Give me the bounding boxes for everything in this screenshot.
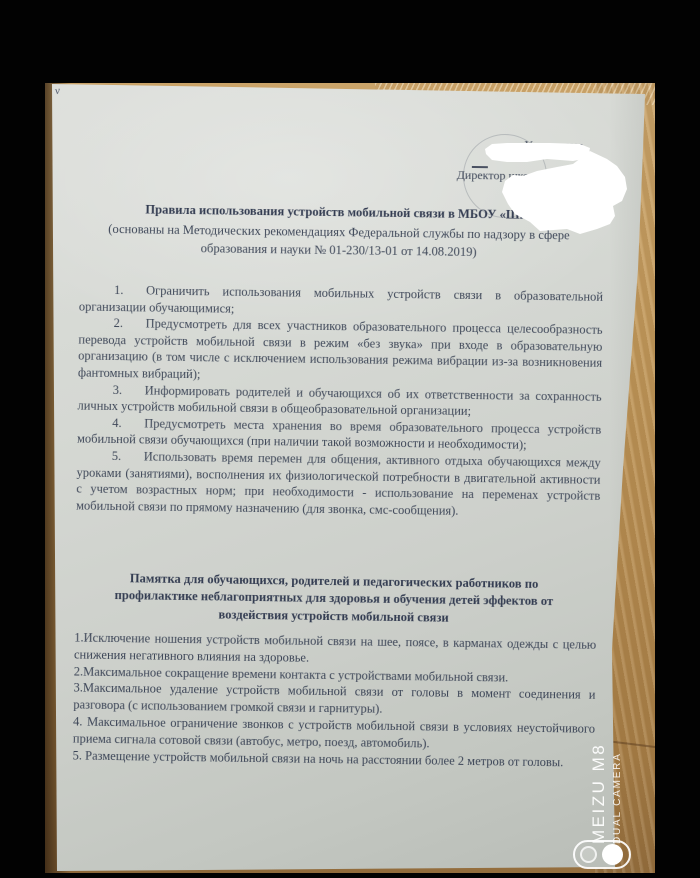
rule-item: 2.Предусмотреть для всех участников обра… [78, 315, 603, 389]
document-text-layer: Утверждаю Директор школы Правила использ… [45, 83, 655, 873]
rule-item: 5.Использовать время перемен для общения… [76, 447, 601, 521]
memo-title-block: Памятка для обучающихся, родителей и пед… [67, 569, 600, 629]
rules-list: 1.Ограничить использования мобильных уст… [76, 281, 603, 521]
camera-lens-left [580, 846, 597, 863]
photo-viewer: v Утверждаю Директор школы Правила испол… [0, 0, 700, 878]
desk-photo: v Утверждаю Директор школы Правила испол… [45, 83, 655, 873]
document-sheet: v Утверждаю Директор школы Правила испол… [45, 83, 655, 873]
memo-list: 1.Исключение ношения устройств мобильной… [72, 629, 596, 771]
camera-lens-right [602, 844, 623, 865]
camera-watermark: MEIZU M8 DUAL CAMERA [588, 743, 625, 844]
dual-camera-icon [573, 840, 631, 869]
director-label: Директор школы [457, 168, 543, 184]
watermark-subtitle: DUAL CAMERA [610, 743, 625, 844]
document-title-block: Правила использования устройств мобильно… [73, 200, 606, 263]
watermark-brand: MEIZU M8 [588, 743, 610, 844]
approve-label: Утверждаю [524, 138, 584, 154]
